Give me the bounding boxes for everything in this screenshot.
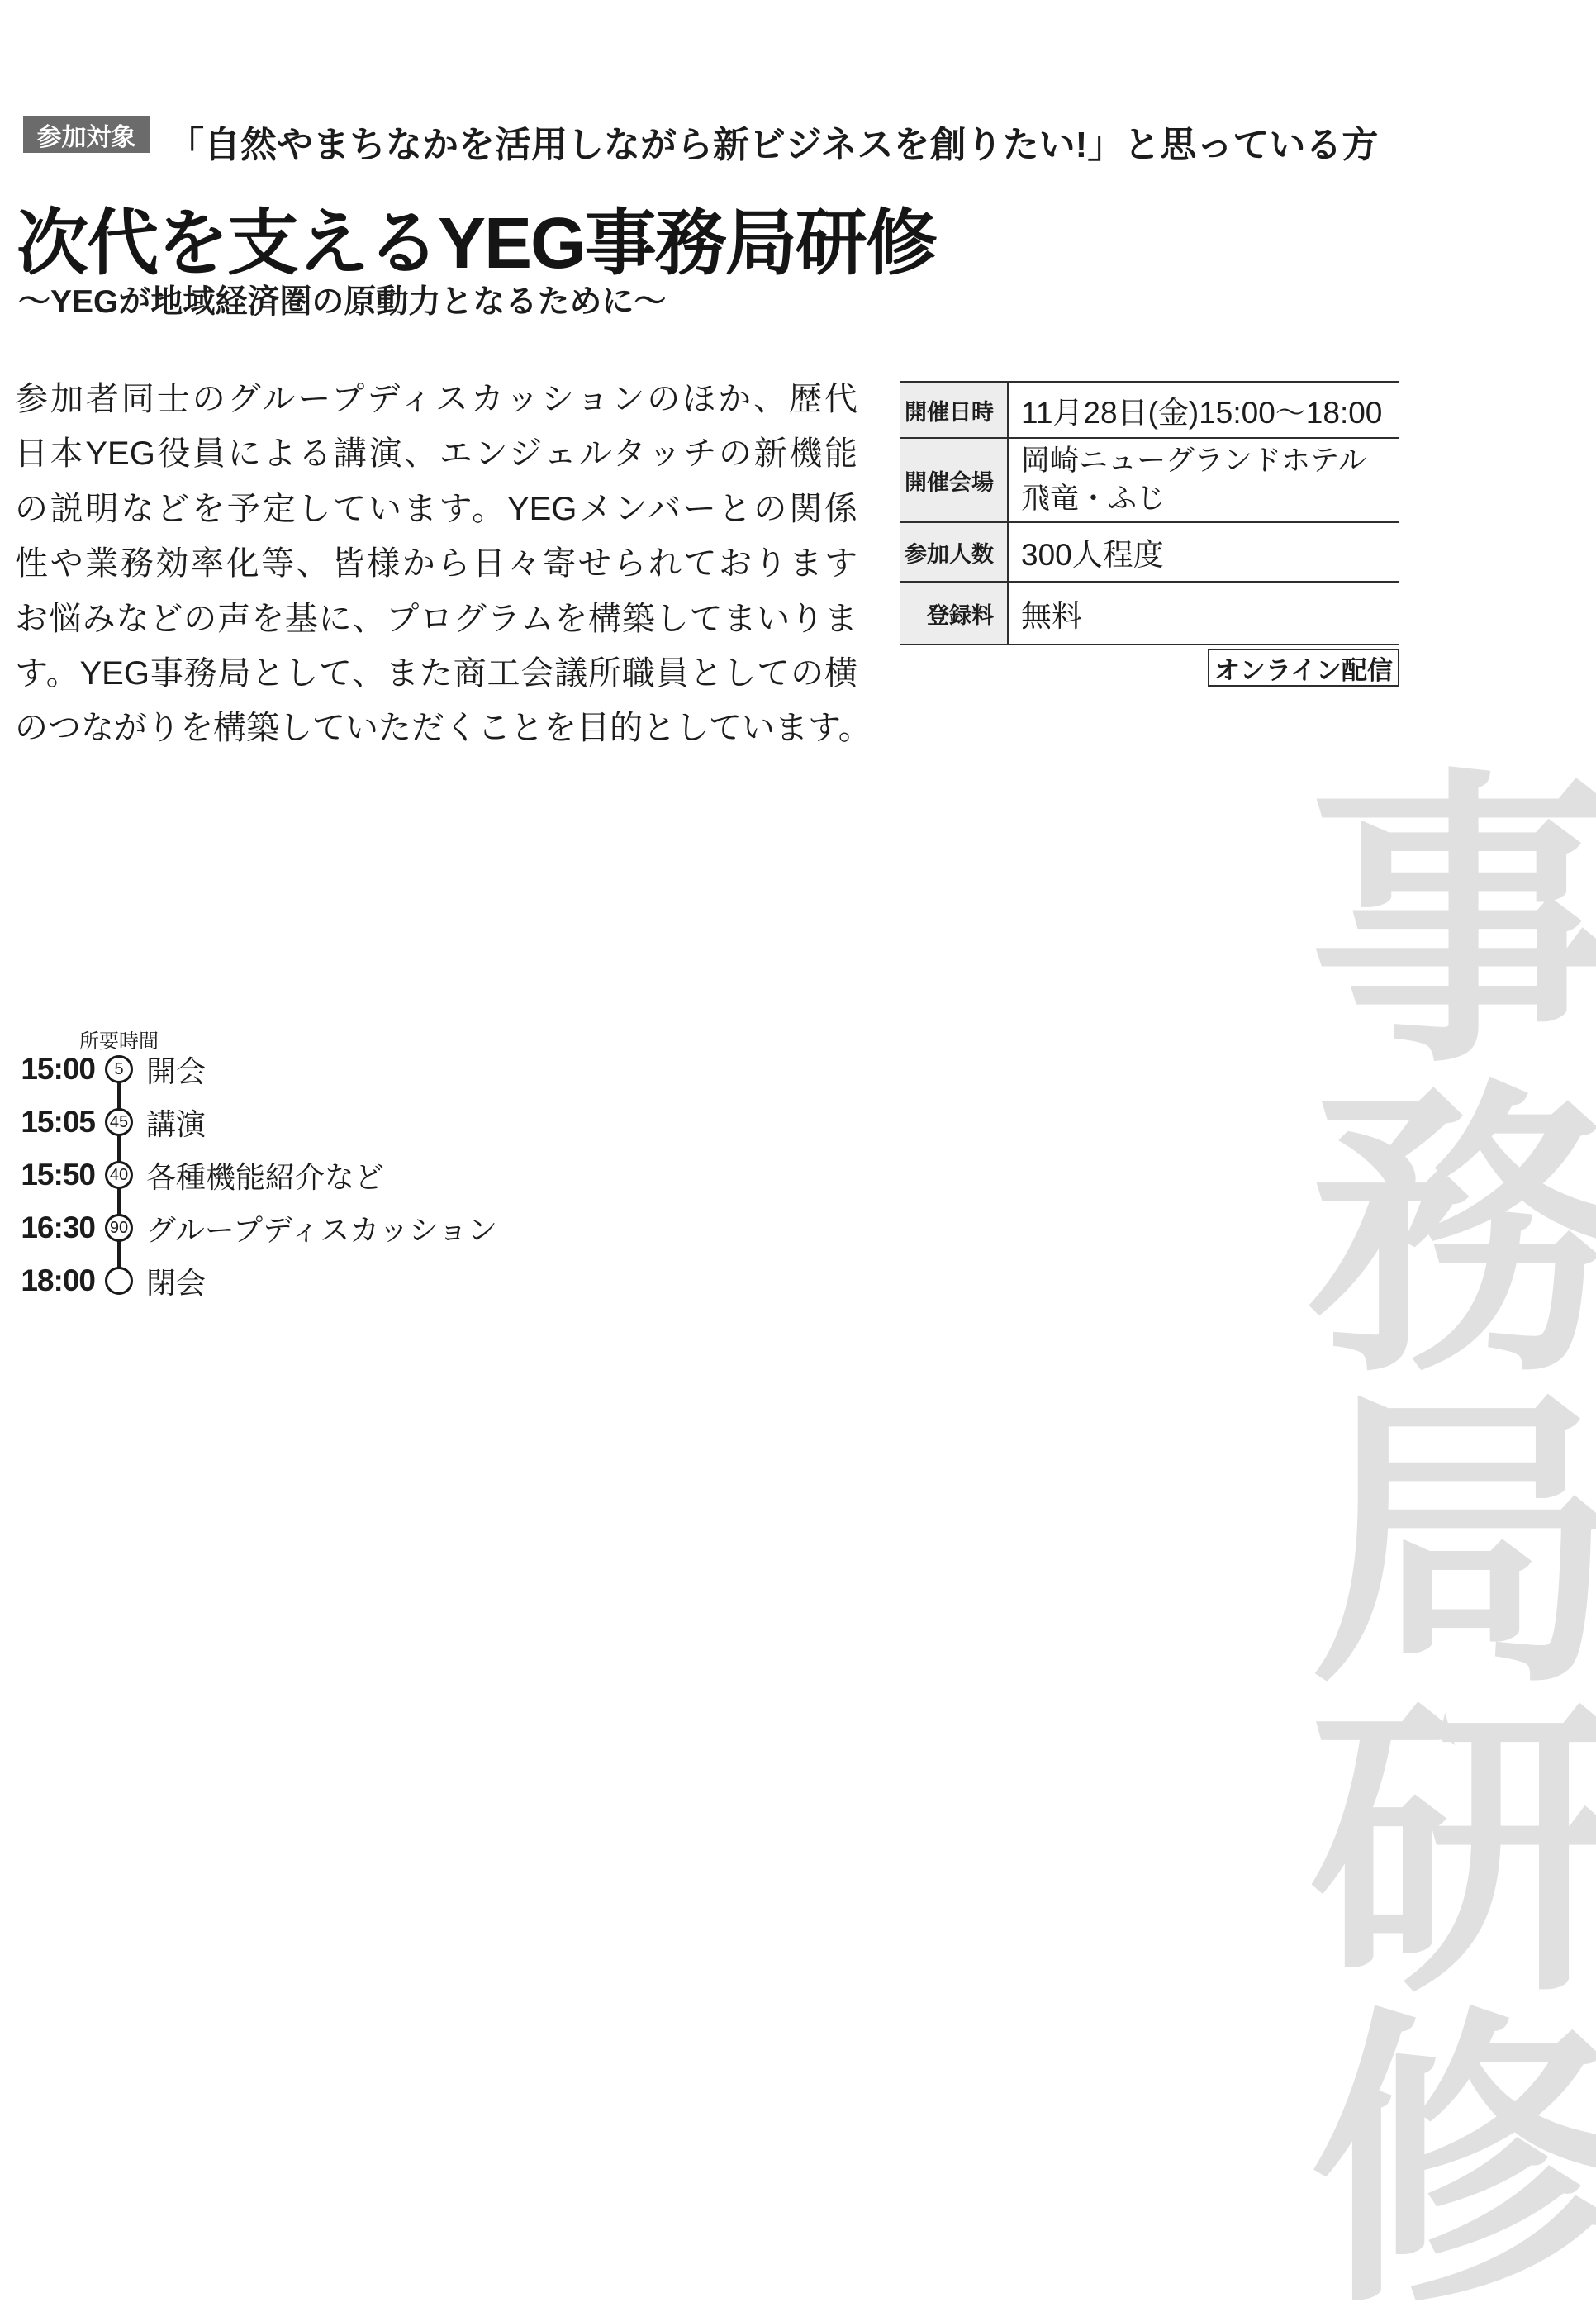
schedule-label: 開会 (146, 1049, 206, 1091)
page-title: 次代を支えるYEG事務局研修 (17, 185, 936, 288)
venue-line: 飛竜・ふじ (1021, 480, 1399, 518)
row-label: 登録料 (900, 583, 1009, 644)
description-line: の説明などを予定しています。YEGメンバーとの関係 (15, 482, 857, 536)
duration-circle: 40 (105, 1161, 133, 1189)
row-value: 300人程度 (1009, 523, 1399, 581)
schedule-label: 閉会 (146, 1260, 206, 1302)
table-row-participants: 参加人数 300人程度 (900, 523, 1399, 583)
schedule-time: 16:30 (17, 1211, 95, 1245)
flyer-page: 事務局研修 参加対象 「自然やまちなかを活用しながら新ビジネスを創りたい!」と思… (0, 0, 1596, 2312)
duration-circle: 45 (105, 1108, 133, 1136)
duration-circle: 90 (105, 1214, 133, 1242)
row-label: 参加人数 (900, 523, 1009, 581)
participation-target-badge: 参加対象 (23, 116, 150, 153)
row-value: 岡崎ニューグランドホテル 飛竜・ふじ (1009, 439, 1399, 521)
schedule-label: グループディスカッション (146, 1207, 497, 1249)
schedule-time: 18:00 (17, 1263, 95, 1298)
description-line: 参加者同士のグループディスカッションのほか、歴代 (15, 372, 857, 426)
schedule-label: 講演 (146, 1101, 206, 1144)
description-line: お悩みなどの声を基に、プログラムを構築してまいりま (15, 592, 857, 646)
row-label: 開催会場 (900, 439, 1009, 521)
schedule-label: 各種機能紹介など (146, 1154, 384, 1196)
duration-circle (105, 1267, 133, 1295)
row-label: 開催日時 (900, 383, 1009, 437)
schedule-item: 15:00 5 開会 (17, 1043, 497, 1096)
schedule-item: 15:50 40 各種機能紹介など (17, 1149, 497, 1201)
event-info-table: 開催日時 11月28日(金)15:00～18:00 開催会場 岡崎ニューグランド… (900, 381, 1399, 645)
schedule-item: 15:05 45 講演 (17, 1096, 497, 1149)
table-row-datetime: 開催日時 11月28日(金)15:00～18:00 (900, 383, 1399, 439)
schedule-time: 15:50 (17, 1158, 95, 1192)
description-line: のつながりを構築していただくことを目的としています。 (15, 701, 857, 755)
schedule-item: 18:00 閉会 (17, 1254, 497, 1307)
row-value: 無料 (1009, 583, 1399, 644)
schedule-time: 15:05 (17, 1105, 95, 1139)
description-line: す。YEG事務局として、また商工会議所職員としての横 (15, 646, 857, 701)
venue-line: 岡崎ニューグランドホテル (1021, 442, 1399, 480)
event-description: 参加者同士のグループディスカッションのほか、歴代 日本YEG役員による講演、エン… (15, 372, 857, 756)
online-streaming-badge: オンライン配信 (1208, 649, 1399, 687)
schedule-time: 15:00 (17, 1052, 95, 1087)
schedule-item: 16:30 90 グループディスカッション (17, 1201, 497, 1254)
table-row-fee: 登録料 無料 (900, 583, 1399, 645)
table-row-venue: 開催会場 岡崎ニューグランドホテル 飛竜・ふじ (900, 439, 1399, 523)
target-audience-text: 「自然やまちなかを活用しながら新ビジネスを創りたい!」と思っている方 (168, 115, 1378, 168)
page-subtitle: ～YEGが地域経済圏の原動力となるために～ (18, 276, 666, 322)
description-line: 日本YEG役員による講演、エンジェルタッチの新機能 (15, 426, 857, 481)
row-value: 11月28日(金)15:00～18:00 (1009, 383, 1399, 437)
background-watermark-text: 事務局研修 (1279, 759, 1594, 2312)
description-line: 性や業務効率化等、皆様から日々寄せられております (15, 536, 857, 591)
duration-circle: 5 (105, 1055, 133, 1083)
schedule-timeline: 15:00 5 開会 15:05 45 講演 15:50 40 各種機能紹介など… (17, 1043, 497, 1307)
